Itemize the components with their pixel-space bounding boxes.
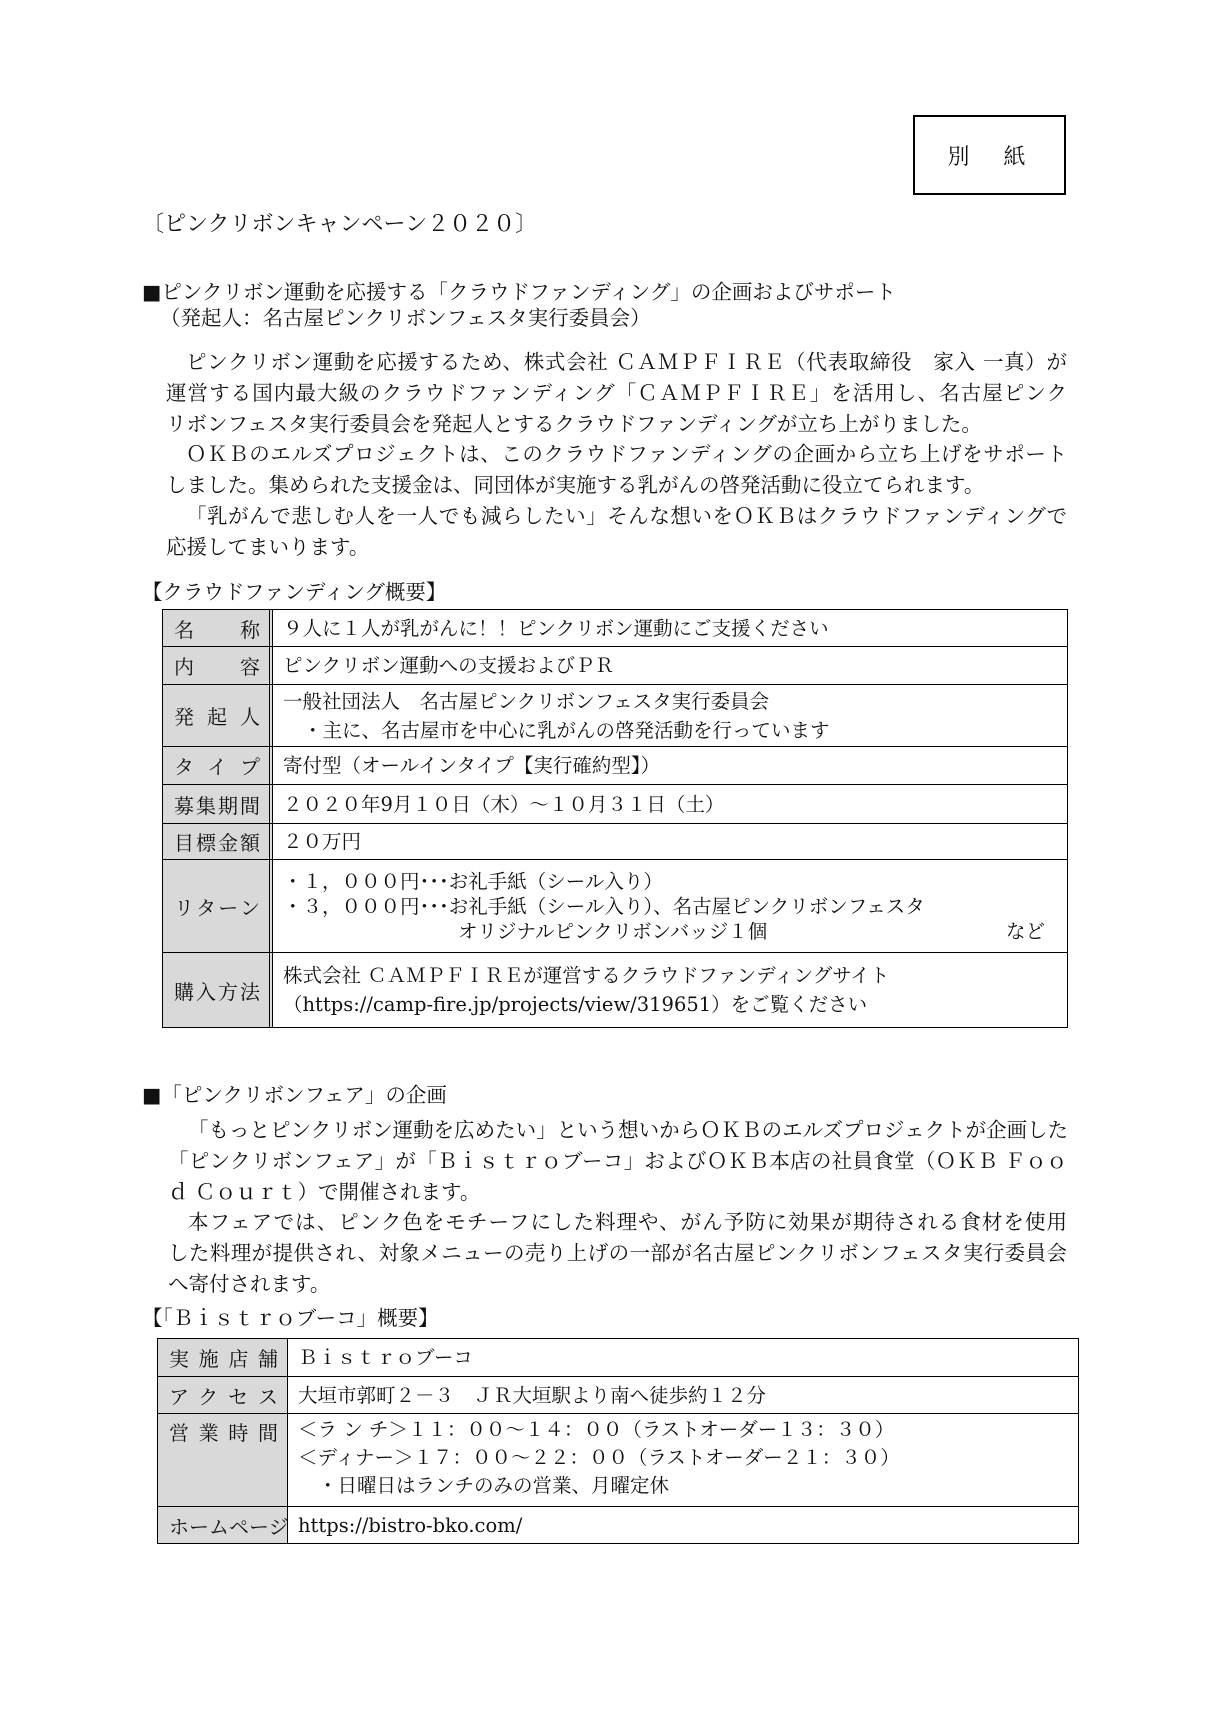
table-row: 名称 ９人に１人が乳がんに！！ピンクリボン運動にご支援ください (163, 610, 1067, 647)
row-value-cell: ピンクリボン運動への支援およびＰＲ (273, 647, 1067, 684)
lunch-hours: ＜ラ ン チ＞１１：００～１４：００（ラストオーダー１３：３０） (298, 1416, 1078, 1444)
bistro-table-title: 【「Ｂｉｓｔｒｏブーコ」概要】 (142, 1303, 439, 1333)
row-label: 内容 (174, 651, 260, 680)
table-row: タイプ 寄付型（オールインタイプ【実行確約型】） (163, 747, 1067, 785)
row-value: ピンクリボン運動への支援およびＰＲ (283, 651, 1067, 680)
row-value-cell: ２０２０年9月１０日（木）～１０月３１日（土） (273, 785, 1067, 823)
body-line: 「乳がんで悲しむ人を一人でも減らしたい」そんな想いをＯＫＢはクラウドファンディン… (166, 501, 1067, 532)
row-value-cell: 大垣市郭町２－３ ＪＲ大垣駅より南へ徒歩約１２分 (288, 1377, 1078, 1413)
return-item-continued: オリジナルピンクリボンバッジ１個 など (283, 919, 1067, 944)
row-value: 大垣市郭町２－３ ＪＲ大垣駅より南へ徒歩約１２分 (298, 1381, 1078, 1410)
table-row: 内容 ピンクリボン運動への支援およびＰＲ (163, 647, 1067, 685)
table-row: リターン ・１，０００円･･･お礼手紙（シール入り） ・３，０００円･･･お礼手… (163, 860, 1067, 953)
document-title: 〔ピンクリボンキャンペーン２０２０〕 (142, 210, 537, 240)
row-value: ２０２０年9月１０日（木）～１０月３１日（土） (283, 790, 1067, 819)
row-value-cell: 株式会社 ＣＡＭＰＦＩＲＥが運営するクラウドファンディングサイト （https:… (273, 953, 1067, 1027)
attachment-label-box: 別 紙 (913, 115, 1066, 195)
document-page: 別 紙 〔ピンクリボンキャンペーン２０２０〕 ■ピンクリボン運動を応援する「クラ… (0, 0, 1208, 1713)
row-value: 寄付型（オールインタイプ【実行確約型】） (283, 751, 1067, 780)
table-row: アクセス 大垣市郭町２－３ ＪＲ大垣駅より南へ徒歩約１２分 (158, 1377, 1078, 1414)
return-item: ・１，０００円･･･お礼手紙（シール入り） (283, 869, 1067, 894)
body-line: 「ピンクリボンフェア」が「Ｂｉｓｔｒｏブーコ」およびＯＫＢ本店の社員食堂（ＯＫＢ… (168, 1146, 1067, 1177)
row-label: アクセス (169, 1381, 278, 1410)
table-row: 目標金額 ２０万円 (163, 824, 1067, 860)
row-value-cell: ＜ラ ン チ＞１１：００～１４：００（ラストオーダー１３：３０） ＜ディナー＞１… (288, 1414, 1078, 1506)
section1-body: ピンクリボン運動を応援するため、株式会社 ＣＡＭＰＦＩＲＥ（代表取締役 家入 一… (166, 347, 1067, 563)
row-value: ２０万円 (283, 827, 1067, 856)
campfire-url: （https://camp-fire.jp/projects/view/3196… (283, 990, 1067, 1019)
row-value: 一般社団法人 名古屋ピンクリボンフェスタ実行委員会 (283, 687, 1067, 716)
row-label: 購入方法 (174, 976, 260, 1005)
section1-subheading: （発起人：名古屋ピンクリボンフェスタ実行委員会） (160, 303, 651, 333)
body-line: 応援してまいります。 (166, 532, 1067, 563)
row-label-cell: タイプ (163, 747, 273, 784)
table-row: 購入方法 株式会社 ＣＡＭＰＦＩＲＥが運営するクラウドファンディングサイト （h… (163, 953, 1067, 1028)
body-line: しました。集められた支援金は、同団体が実施する乳がんの啓発活動に役立てられます。 (166, 470, 1067, 501)
return-item: ・３，０００円･･･お礼手紙（シール入り）、名古屋ピンクリボンフェスタ (283, 894, 1067, 919)
row-value-cell: ・１，０００円･･･お礼手紙（シール入り） ・３，０００円･･･お礼手紙（シール… (273, 860, 1067, 952)
row-label: ホームページ (169, 1511, 278, 1540)
row-label-cell: 営業時間 (158, 1414, 288, 1506)
row-label-cell: 名称 (163, 610, 273, 646)
row-value-cell: 一般社団法人 名古屋ピンクリボンフェスタ実行委員会 ・主に、名古屋市を中心に乳が… (273, 685, 1067, 746)
body-line: ｄ Ｃｏｕｒｔ）で開催されます。 (168, 1177, 1067, 1208)
crowdfunding-table-title: 【クラウドファンディング概要】 (142, 577, 446, 607)
table-row: ホームページ https://bistro-bko.com/ (158, 1507, 1078, 1544)
holiday-note: ・日曜日はランチのみの営業、月曜定休 (298, 1472, 1078, 1500)
body-line: した料理が提供され、対象メニューの売り上げの一部が名古屋ピンクリボンフェスタ実行… (168, 1238, 1067, 1269)
row-label: 目標金額 (174, 827, 260, 856)
homepage-url: https://bistro-bko.com/ (298, 1511, 1078, 1540)
bistro-summary-table: 実施店舗 Ｂｉｓｔｒｏブーコ アクセス 大垣市郭町２－３ ＪＲ大垣駅より南へ徒歩… (157, 1338, 1079, 1544)
body-line: へ寄付されます。 (168, 1269, 1067, 1300)
row-label: 募集期間 (174, 790, 260, 819)
row-label: 営業時間 (169, 1417, 278, 1446)
row-value: 株式会社 ＣＡＭＰＦＩＲＥが運営するクラウドファンディングサイト (283, 961, 1067, 990)
row-label-cell: リターン (163, 860, 273, 952)
section2-body: 「もっとピンクリボン運動を広めたい」という想いからＯＫＢのエルズプロジェクトが企… (168, 1115, 1067, 1300)
row-label-cell: 購入方法 (163, 953, 273, 1027)
row-label: 実施店舗 (169, 1343, 278, 1372)
attachment-label: 別 紙 (947, 140, 1031, 171)
row-value-cell: Ｂｉｓｔｒｏブーコ (288, 1339, 1078, 1376)
row-value-note: ・主に、名古屋市を中心に乳がんの啓発活動を行っています (283, 716, 1067, 745)
row-value-cell: ２０万円 (273, 824, 1067, 859)
body-line: ＯＫＢのエルズプロジェクトは、このクラウドファンディングの企画から立ち上げをサポ… (166, 439, 1067, 470)
row-label-cell: 発起人 (163, 685, 273, 746)
crowdfunding-summary-table: 名称 ９人に１人が乳がんに！！ピンクリボン運動にご支援ください 内容 ピンクリボ… (162, 609, 1068, 1028)
table-row: 募集期間 ２０２０年9月１０日（木）～１０月３１日（土） (163, 785, 1067, 824)
table-row: 営業時間 ＜ラ ン チ＞１１：００～１４：００（ラストオーダー１３：３０） ＜デ… (158, 1414, 1078, 1507)
body-line: リボンフェスタ実行委員会を発起人とするクラウドファンディングが立ち上がりました。 (166, 409, 1067, 440)
return-item-detail: オリジナルピンクリボンバッジ１個 (458, 919, 767, 944)
row-label-cell: 実施店舗 (158, 1339, 288, 1376)
row-label: リターン (174, 892, 260, 921)
row-label-cell: 募集期間 (163, 785, 273, 823)
row-value-cell: 寄付型（オールインタイプ【実行確約型】） (273, 747, 1067, 784)
table-row: 発起人 一般社団法人 名古屋ピンクリボンフェスタ実行委員会 ・主に、名古屋市を中… (163, 685, 1067, 747)
body-line: 運営する国内最大級のクラウドファンディング「ＣＡＭＰＦＩＲＥ」を活用し、名古屋ピ… (166, 378, 1067, 409)
table-row: 実施店舗 Ｂｉｓｔｒｏブーコ (158, 1339, 1078, 1377)
dinner-hours: ＜ディナー＞１７：００～２２：００（ラストオーダー２１：３０） (298, 1444, 1078, 1472)
body-line: 「もっとピンクリボン運動を広めたい」という想いからＯＫＢのエルズプロジェクトが企… (168, 1115, 1067, 1146)
row-label-cell: 内容 (163, 647, 273, 684)
section2-heading: ■「ピンクリボンフェア」の企画 (142, 1080, 447, 1110)
row-value-cell: ９人に１人が乳がんに！！ピンクリボン運動にご支援ください (273, 610, 1067, 646)
row-label-cell: ホームページ (158, 1507, 288, 1543)
row-value: ９人に１人が乳がんに！！ピンクリボン運動にご支援ください (283, 614, 1067, 643)
row-label-cell: 目標金額 (163, 824, 273, 859)
row-label: 名称 (174, 614, 260, 643)
row-value-cell: https://bistro-bko.com/ (288, 1507, 1078, 1543)
row-value: Ｂｉｓｔｒｏブーコ (298, 1343, 1078, 1372)
body-line: ピンクリボン運動を応援するため、株式会社 ＣＡＭＰＦＩＲＥ（代表取締役 家入 一… (166, 347, 1067, 378)
return-etc: など (1006, 919, 1067, 944)
body-line: 本フェアでは、ピンク色をモチーフにした料理や、がん予防に効果が期待される食材を使… (168, 1207, 1067, 1238)
row-label: タイプ (174, 751, 260, 780)
row-label: 発起人 (174, 701, 260, 730)
row-label-cell: アクセス (158, 1377, 288, 1413)
